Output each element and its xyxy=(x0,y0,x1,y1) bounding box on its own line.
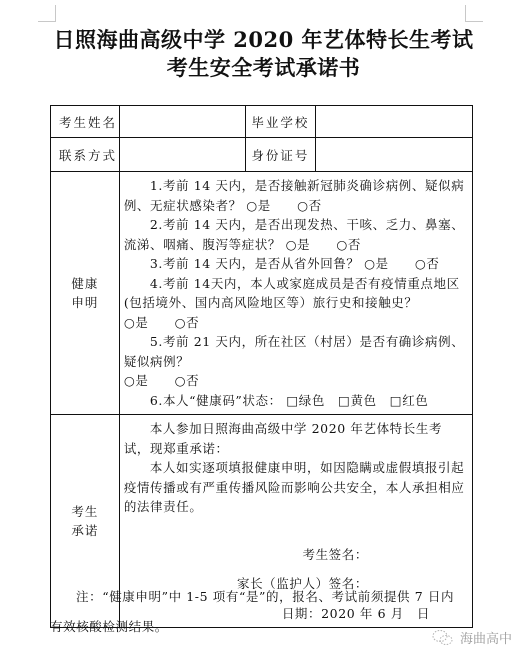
yes-radio[interactable]: ○是 xyxy=(124,373,149,388)
student-name-label: 考生姓名 xyxy=(51,106,120,138)
health-row: 健康 申明 1.考前 14 天内，是否接触新冠肺炎确诊病例、疑似病例、无症状感染… xyxy=(51,172,473,415)
red-checkbox[interactable]: □红色 xyxy=(390,393,429,408)
green-checkbox[interactable]: □绿色 xyxy=(286,393,325,408)
yellow-checkbox[interactable]: □黄色 xyxy=(338,393,377,408)
health-item-2: 2.考前 14 天内，是否出现发热、干咳、乏力、鼻塞、流涕、咽痛、腹泻等症状？ … xyxy=(124,215,468,254)
wechat-icon xyxy=(432,629,454,647)
health-section-label: 健康 申明 xyxy=(51,172,120,415)
yes-radio[interactable]: ○是 xyxy=(286,237,311,252)
health-item-4: 4.考前 14天内，本人或家庭成员是否有疫情重点地区(包括境外、国内高风险地区等… xyxy=(124,274,468,313)
watermark-text: 海曲高中 xyxy=(460,628,512,647)
student-signature-label[interactable]: 考生签名： xyxy=(124,545,468,565)
id-number-label: 身份证号 xyxy=(245,138,316,172)
commitment-para-2: 本人如实逐项填报健康申明，如因隐瞒或虚假填报引起疫情传播或有严重传播风险而影响公… xyxy=(124,458,468,517)
no-radio[interactable]: ○否 xyxy=(336,237,361,252)
contact-label: 联系方式 xyxy=(51,138,120,172)
no-radio[interactable]: ○否 xyxy=(415,256,440,271)
commitment-form-table: 考生姓名 毕业学校 联系方式 身份证号 健康 申明 1.考前 14 天内，是否接… xyxy=(50,105,473,628)
id-number-field[interactable] xyxy=(316,138,473,172)
health-item-5-options: ○是 ○否 xyxy=(124,371,468,391)
document-title-line1: 日照海曲高级中学 2020 年艺体特长生考试 xyxy=(0,24,527,54)
health-item-4-options: ○是 ○否 xyxy=(124,313,468,333)
health-code-item: 6.本人“健康码”状态： □绿色 □黄色 □红色 xyxy=(124,391,468,411)
footnote: 注：“健康申明”中 1-5 项有“是”的，报名、考试前须提供 7 日内 有效核酸… xyxy=(50,582,480,642)
contact-field[interactable] xyxy=(119,138,245,172)
watermark: 海曲高中 xyxy=(432,628,512,647)
crop-mark-left xyxy=(38,5,56,22)
commitment-para-1: 本人参加日照海曲高级中学 2020 年艺体特长生考试，现郑重承诺： xyxy=(124,419,468,458)
yes-radio[interactable]: ○是 xyxy=(124,315,149,330)
no-radio[interactable]: ○否 xyxy=(175,315,200,330)
info-row: 考生姓名 毕业学校 xyxy=(51,106,473,138)
health-item-5: 5.考前 21 天内，所在社区（村居）是否有确诊病例、疑似病例？ xyxy=(124,332,468,371)
yes-radio[interactable]: ○是 xyxy=(364,256,389,271)
yes-radio[interactable]: ○是 xyxy=(246,198,271,213)
footnote-line-2: 有效核酸检测结果。 xyxy=(50,612,480,642)
student-name-field[interactable] xyxy=(119,106,245,138)
footnote-line-1: 注：“健康申明”中 1-5 项有“是”的，报名、考试前须提供 7 日内 xyxy=(50,582,480,612)
crop-mark-right xyxy=(465,5,483,22)
no-radio[interactable]: ○否 xyxy=(297,198,322,213)
health-item-1: 1.考前 14 天内，是否接触新冠肺炎确诊病例、疑似病例、无症状感染者？ ○是 … xyxy=(124,176,468,215)
health-item-3: 3.考前 14 天内，是否从省外回鲁？ ○是 ○否 xyxy=(124,254,468,274)
no-radio[interactable]: ○否 xyxy=(175,373,200,388)
graduate-school-field[interactable] xyxy=(316,106,473,138)
info-row: 联系方式 身份证号 xyxy=(51,138,473,172)
document-title-line2: 考生安全考试承诺书 xyxy=(0,52,527,82)
graduate-school-label: 毕业学校 xyxy=(245,106,316,138)
health-declaration: 1.考前 14 天内，是否接触新冠肺炎确诊病例、疑似病例、无症状感染者？ ○是 … xyxy=(119,172,472,415)
